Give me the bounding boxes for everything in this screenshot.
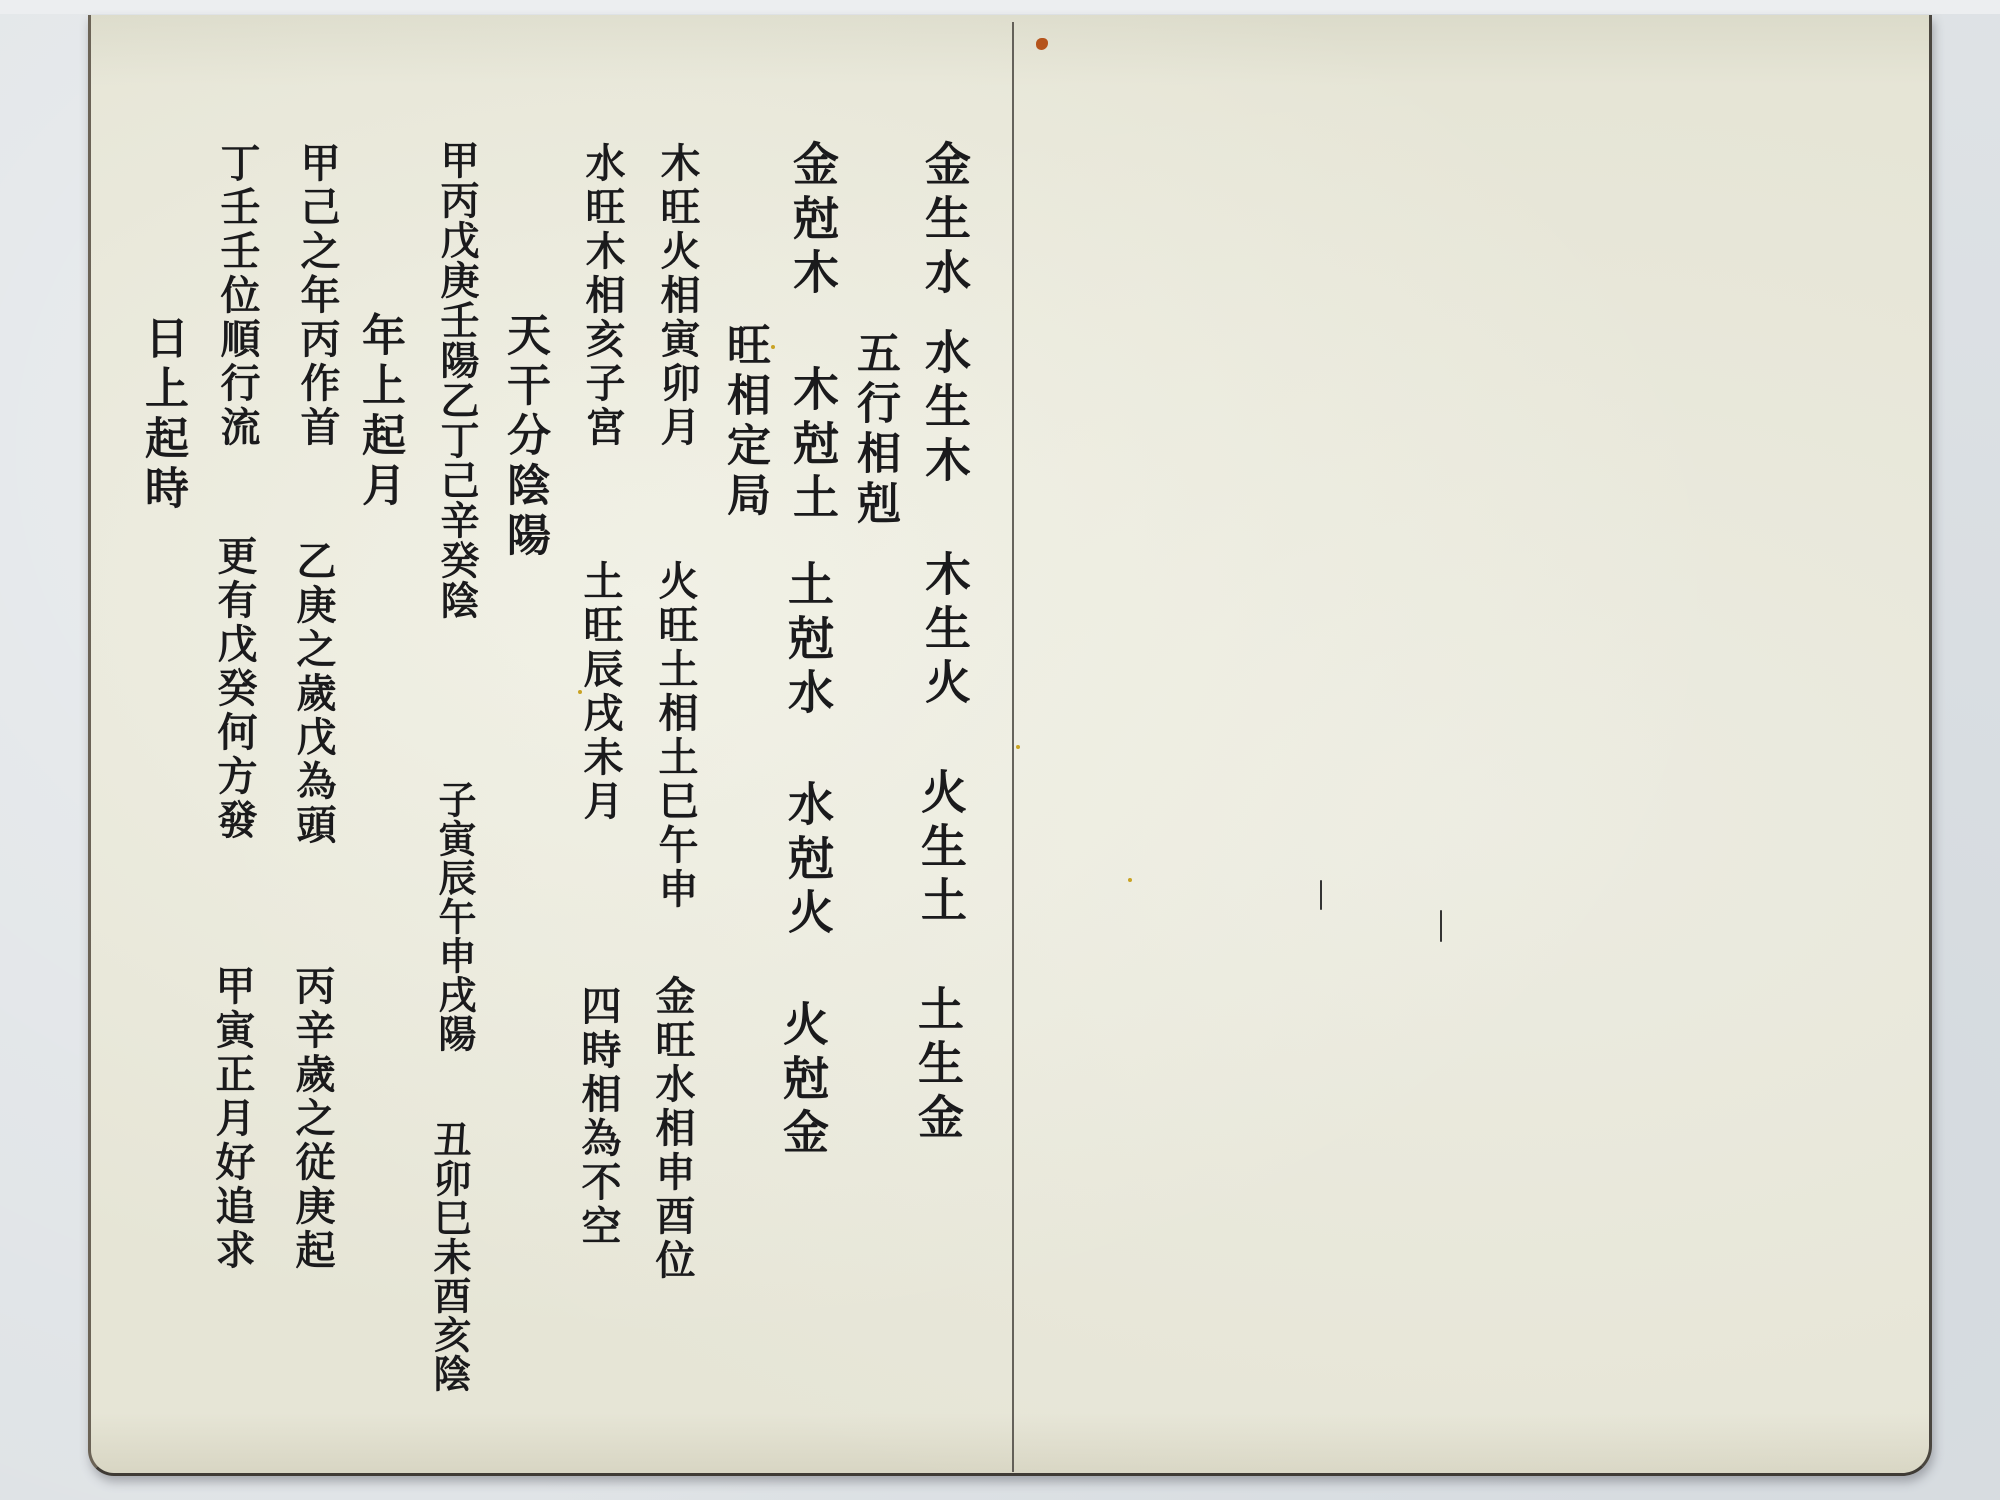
heading-prosperity-table: 旺相定局 [722, 322, 766, 522]
heading-hour-from-day: 日上起時 [140, 315, 184, 515]
column-segment: 甲寅正月好追求 [212, 965, 252, 1273]
column-segment: 木生火 [922, 550, 968, 712]
column-segment: 火旺土相土巳午申 [655, 560, 695, 912]
column-segment: 火尅金 [780, 1000, 826, 1162]
column-segment: 金生水 [922, 140, 968, 302]
page-fold-line [1012, 22, 1014, 1472]
yellow-speck [771, 345, 775, 349]
heading-heavenly-stems-yin-yang: 天干分陰陽 [502, 312, 546, 562]
column-segment: 乙庚之歲戊為頭 [293, 540, 333, 848]
column-segment: 木旺火相寅卯月 [657, 142, 697, 450]
column-segment: 丁壬壬位順行流 [217, 142, 257, 450]
column-segment: 甲丙戊庚壬陽乙丁己辛癸陰 [437, 140, 476, 620]
column-segment: 土尅水 [785, 560, 831, 722]
column-segment: 金尅木 [790, 140, 836, 302]
column-segment: 丑卯巳未酉亥陰 [430, 1120, 468, 1393]
column-segment: 土生金 [915, 985, 961, 1147]
column-segment: 金旺水相申酉位 [652, 975, 692, 1283]
column-segment: 火生土 [918, 768, 964, 930]
column-segment: 四時相為不空 [578, 985, 618, 1249]
column-segment: 更有戊癸何方發 [214, 535, 254, 843]
scan-top-strip [0, 0, 2000, 14]
column-segment: 水旺木相亥子宮 [582, 142, 622, 450]
column-segment: 丙辛歲之従庚起 [292, 965, 332, 1273]
right-blank-page [1020, 30, 1910, 1460]
column-segment: 木尅土 [790, 365, 836, 527]
column-segment: 土旺辰戌未月 [580, 560, 620, 824]
column-segment: 子寅辰午申戌陽 [435, 780, 473, 1053]
column-segment: 水尅火 [785, 780, 831, 942]
heading-month-from-year: 年上起月 [357, 312, 401, 512]
column-segment: 水生木 [922, 328, 968, 490]
heading-five-elements-overcoming: 五行相剋 [852, 330, 896, 530]
column-segment: 甲己之年丙作首 [297, 142, 337, 450]
